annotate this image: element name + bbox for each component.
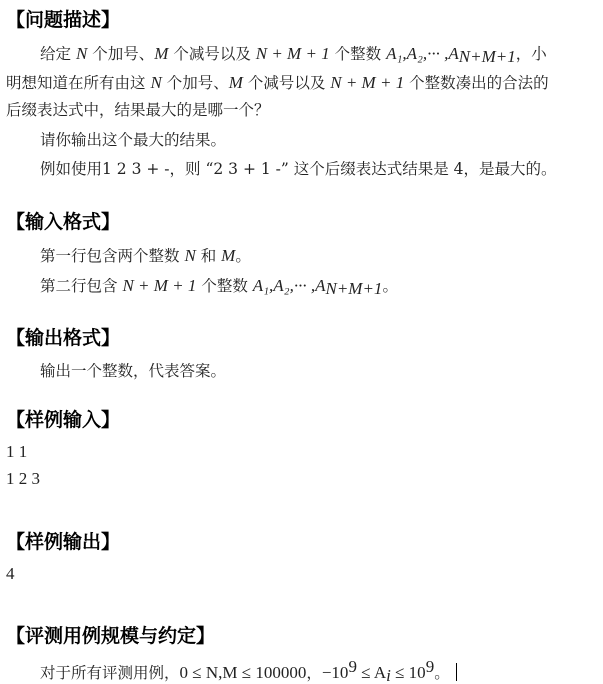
math-M: M [229,73,243,92]
text: ， [306,664,322,682]
input-format-heading: 【输入格式】 [6,207,120,234]
problem-line-5: 例如使用1 2 3 + -，则 “2 3 + 1 -” 这个后缀表达式结果是 4… [40,157,557,179]
math-sup: 9 [426,657,435,676]
text: 个加号、 [87,45,154,63]
text-cursor [456,663,457,681]
text: 个整数 [330,45,386,63]
text: 个减号以及 [243,74,330,92]
sample-input-heading: 【样例输入】 [6,405,120,432]
math-M: M [154,44,168,63]
math-sup: 9 [348,657,357,676]
math-seq: A₁,A₂,··· ,A [253,276,326,295]
text: 。 [434,664,450,682]
text: ，小 [516,45,547,63]
math-neg-exp: −10 [322,663,349,682]
problem-line-1: 给定 N 个加号、M 个减号以及 N + M + 1 个整数 A₁,A₂,···… [40,42,547,67]
output-format-line-1: 输出一个整数，代表答案。 [40,359,226,381]
math-N: N [76,44,87,63]
math-le-exp: ≤ 10 [391,663,426,682]
problem-line-2: 明想知道在所有由这 N 个加号、M 个减号以及 N + M + 1 个整数凑出的… [6,71,549,93]
problem-line-4: 请你输出这个最大的结果。 [40,128,226,150]
text: 第二行包含 [40,277,122,295]
text: 第一行包含两个整数 [40,247,184,265]
math-range-nm: 0 ≤ N,M ≤ 100000 [180,663,307,682]
math-M: M [221,246,235,265]
input-format-line-2: 第二行包含 N + M + 1 个整数 A₁,A₂,··· ,AN+M+1。 [40,274,398,299]
text: 给定 [40,45,76,63]
text: 明想知道在所有由这 [6,74,150,92]
math-le-a: ≤ A [357,663,386,682]
math-sub: N+M+1 [459,47,516,66]
text: 和 [196,247,221,265]
text: 对于所有评测用例， [40,664,180,682]
text: 个减号以及 [168,45,255,63]
problem-line-3: 后缀表达式中，结果最大的是哪一个？ [6,98,270,120]
math-expr: N + M + 1 [256,44,330,63]
text: 个加号、 [162,74,229,92]
sample-output-heading: 【样例输出】 [6,527,120,554]
math-sub: N+M+1 [325,279,382,298]
math-seq: A₁,A₂,··· ,A [386,44,459,63]
math-expr: N + M + 1 [122,276,196,295]
problem-heading: 【问题描述】 [6,5,120,32]
sample-input-line-2: 1 2 3 [6,469,40,489]
constraints-line-1: 对于所有评测用例，0 ≤ N,M ≤ 100000，−109 ≤ Ai ≤ 10… [40,657,457,684]
math-expr: N + M + 1 [330,73,404,92]
text: 个整数凑出的合法的 [404,74,548,92]
math-N: N [150,73,161,92]
text: 。 [235,247,251,265]
input-format-line-1: 第一行包含两个整数 N 和 M。 [40,244,251,266]
math-N: N [184,246,195,265]
text: 个整数 [196,277,252,295]
constraints-heading: 【评测用例规模与约定】 [6,621,215,648]
sample-input-line-1: 1 1 [6,442,27,462]
sample-output-line-1: 4 [6,564,15,584]
output-format-heading: 【输出格式】 [6,323,120,350]
text: 。 [382,277,398,295]
